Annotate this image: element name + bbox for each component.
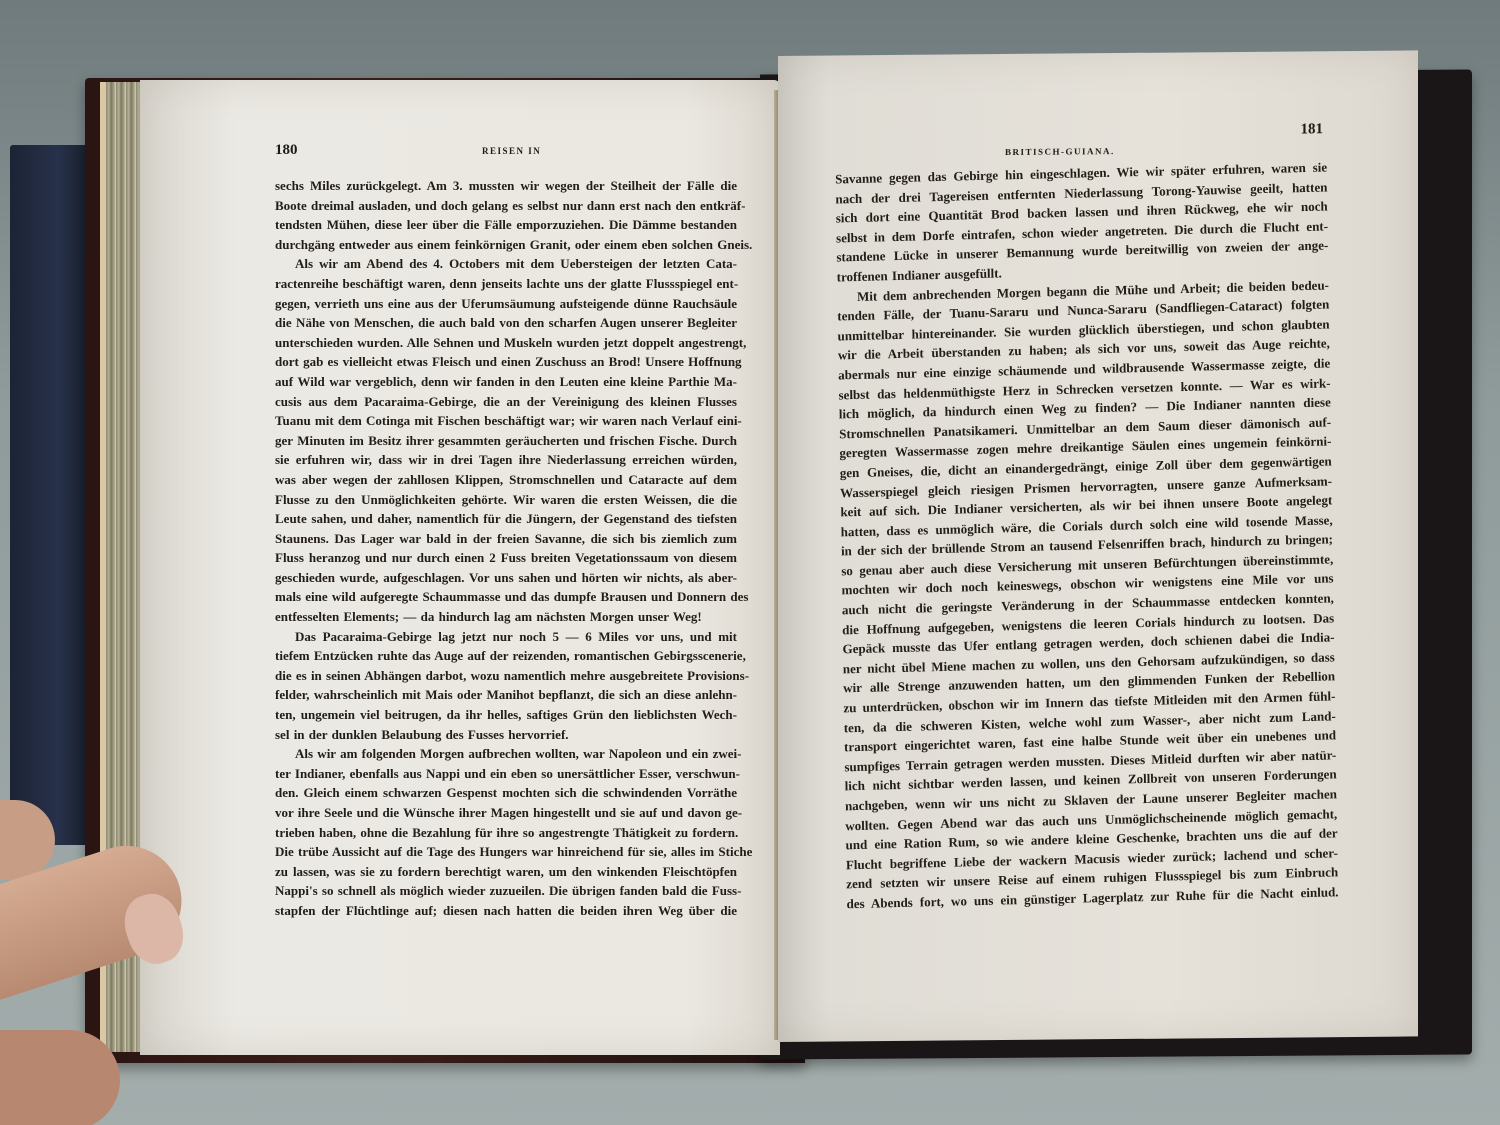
text-line: zu lassen, was sie zu fordern berechtigt… — [275, 862, 737, 882]
left-body-text: sechs Miles zurückgelegt. Am 3. mussten … — [275, 176, 737, 921]
text-line: auf Wild war vergeblich, denn wir fanden… — [275, 372, 737, 392]
right-page-content: BRITISCH-GUIANA. 181 Savanne gegen das G… — [835, 131, 1327, 914]
text-line: ter Indianer, ebenfalls aus Nappi und ei… — [275, 764, 737, 784]
text-line: unterschieden wurden. Alle Sehnen und Mu… — [275, 333, 737, 353]
text-line: Tuanu mit dem Cotinga mit Fischen beschä… — [275, 411, 737, 431]
text-line: sechs Miles zurückgelegt. Am 3. mussten … — [275, 176, 737, 196]
text-line: mals eine wild aufgeregte Schaummasse un… — [275, 587, 737, 607]
background-blue-book — [10, 145, 90, 845]
text-line: geschieden wurde, aufgeschlagen. Vor uns… — [275, 568, 737, 588]
left-page: 180 REISEN IN sechs Miles zurückgelegt. … — [140, 80, 780, 1055]
right-page: BRITISCH-GUIANA. 181 Savanne gegen das G… — [778, 50, 1418, 1042]
text-line: ger Minuten im Besitz ihrer gesammten ge… — [275, 431, 737, 451]
text-line: durchgäng entweder aus einem feinkörnige… — [275, 235, 737, 255]
text-line: Die trübe Aussicht auf die Tage des Hung… — [275, 842, 737, 862]
text-line: vor ihre Seele und die Wünsche ihrer Mag… — [275, 803, 737, 823]
text-line: stapfen der Flüchtlinge auf; diesen nach… — [275, 901, 737, 921]
thumbnail — [117, 887, 191, 971]
hand-holding-book — [0, 800, 190, 1125]
left-page-header: 180 REISEN IN — [275, 142, 737, 164]
page-number: 181 — [1301, 121, 1324, 138]
page-number: 180 — [275, 142, 298, 159]
text-line: Flusse zu den Unmöglichkeiten gehörte. W… — [275, 490, 737, 510]
text-line: sie erfuhren wir, dass wir in drei Tagen… — [275, 450, 737, 470]
text-line: Boote dreimal ausladen, und doch gelang … — [275, 196, 737, 216]
right-body-text: Savanne gegen das Gebirge hin eingeschla… — [835, 157, 1339, 913]
text-line: Das Pacaraima-Gebirge lag jetzt nur noch… — [275, 627, 737, 647]
left-page-content: 180 REISEN IN sechs Miles zurückgelegt. … — [275, 142, 737, 921]
text-line: tiefem Entzücken ruhte das Auge auf der … — [275, 646, 737, 666]
text-line: entfesselten Elements; — da hindurch lag… — [275, 607, 737, 627]
text-line: trieben haben, ohne die Bezahlung für ih… — [275, 823, 737, 843]
text-line: sel in der dunklen Belaubung des Fusses … — [275, 725, 737, 745]
text-line: Nappi's so schnell als möglich wieder zu… — [275, 881, 737, 901]
text-line: die Nähe von Menschen, die auch bald von… — [275, 313, 737, 333]
text-line: den. Gleich einem schwarzen Gespenst moc… — [275, 783, 737, 803]
text-line: Als wir am folgenden Morgen aufbrechen w… — [275, 744, 737, 764]
text-line: ractenreihe beschäftigt waren, denn jens… — [275, 274, 737, 294]
text-line: felder, wahrscheinlich mit Mais oder Man… — [275, 685, 737, 705]
photo-scene: 180 REISEN IN sechs Miles zurückgelegt. … — [0, 0, 1500, 1125]
text-line: die es in seinen Abhängen darbot, wozu n… — [275, 666, 737, 686]
text-line: Als wir am Abend des 4. Octobers mit dem… — [275, 254, 737, 274]
text-line: gegen, verrieth uns eine aus der Uferums… — [275, 294, 737, 314]
text-line: ten, ungemein viel beitrugen, da ihr hel… — [275, 705, 737, 725]
finger — [0, 1030, 120, 1125]
text-line: cusis aus dem Pacaraima-Gebirge, die an … — [275, 392, 737, 412]
text-line: Leute sahen, und daher, namentlich für d… — [275, 509, 737, 529]
text-line: Staunens. Das Lager war bald in der frei… — [275, 529, 737, 549]
text-line: Fluss heranzog und nur durch einen 2 Fus… — [275, 548, 737, 568]
text-line: tendsten Mühen, diese leer über die Fäll… — [275, 215, 737, 235]
text-line: was aber wegen der zahllosen Klippen, St… — [275, 470, 737, 490]
running-head: BRITISCH-GUIANA. — [1005, 146, 1115, 157]
text-line: dort gab es vielleicht etwas Fleisch und… — [275, 352, 737, 372]
right-page-header: BRITISCH-GUIANA. 181 — [835, 131, 1327, 157]
running-head: REISEN IN — [482, 146, 541, 156]
